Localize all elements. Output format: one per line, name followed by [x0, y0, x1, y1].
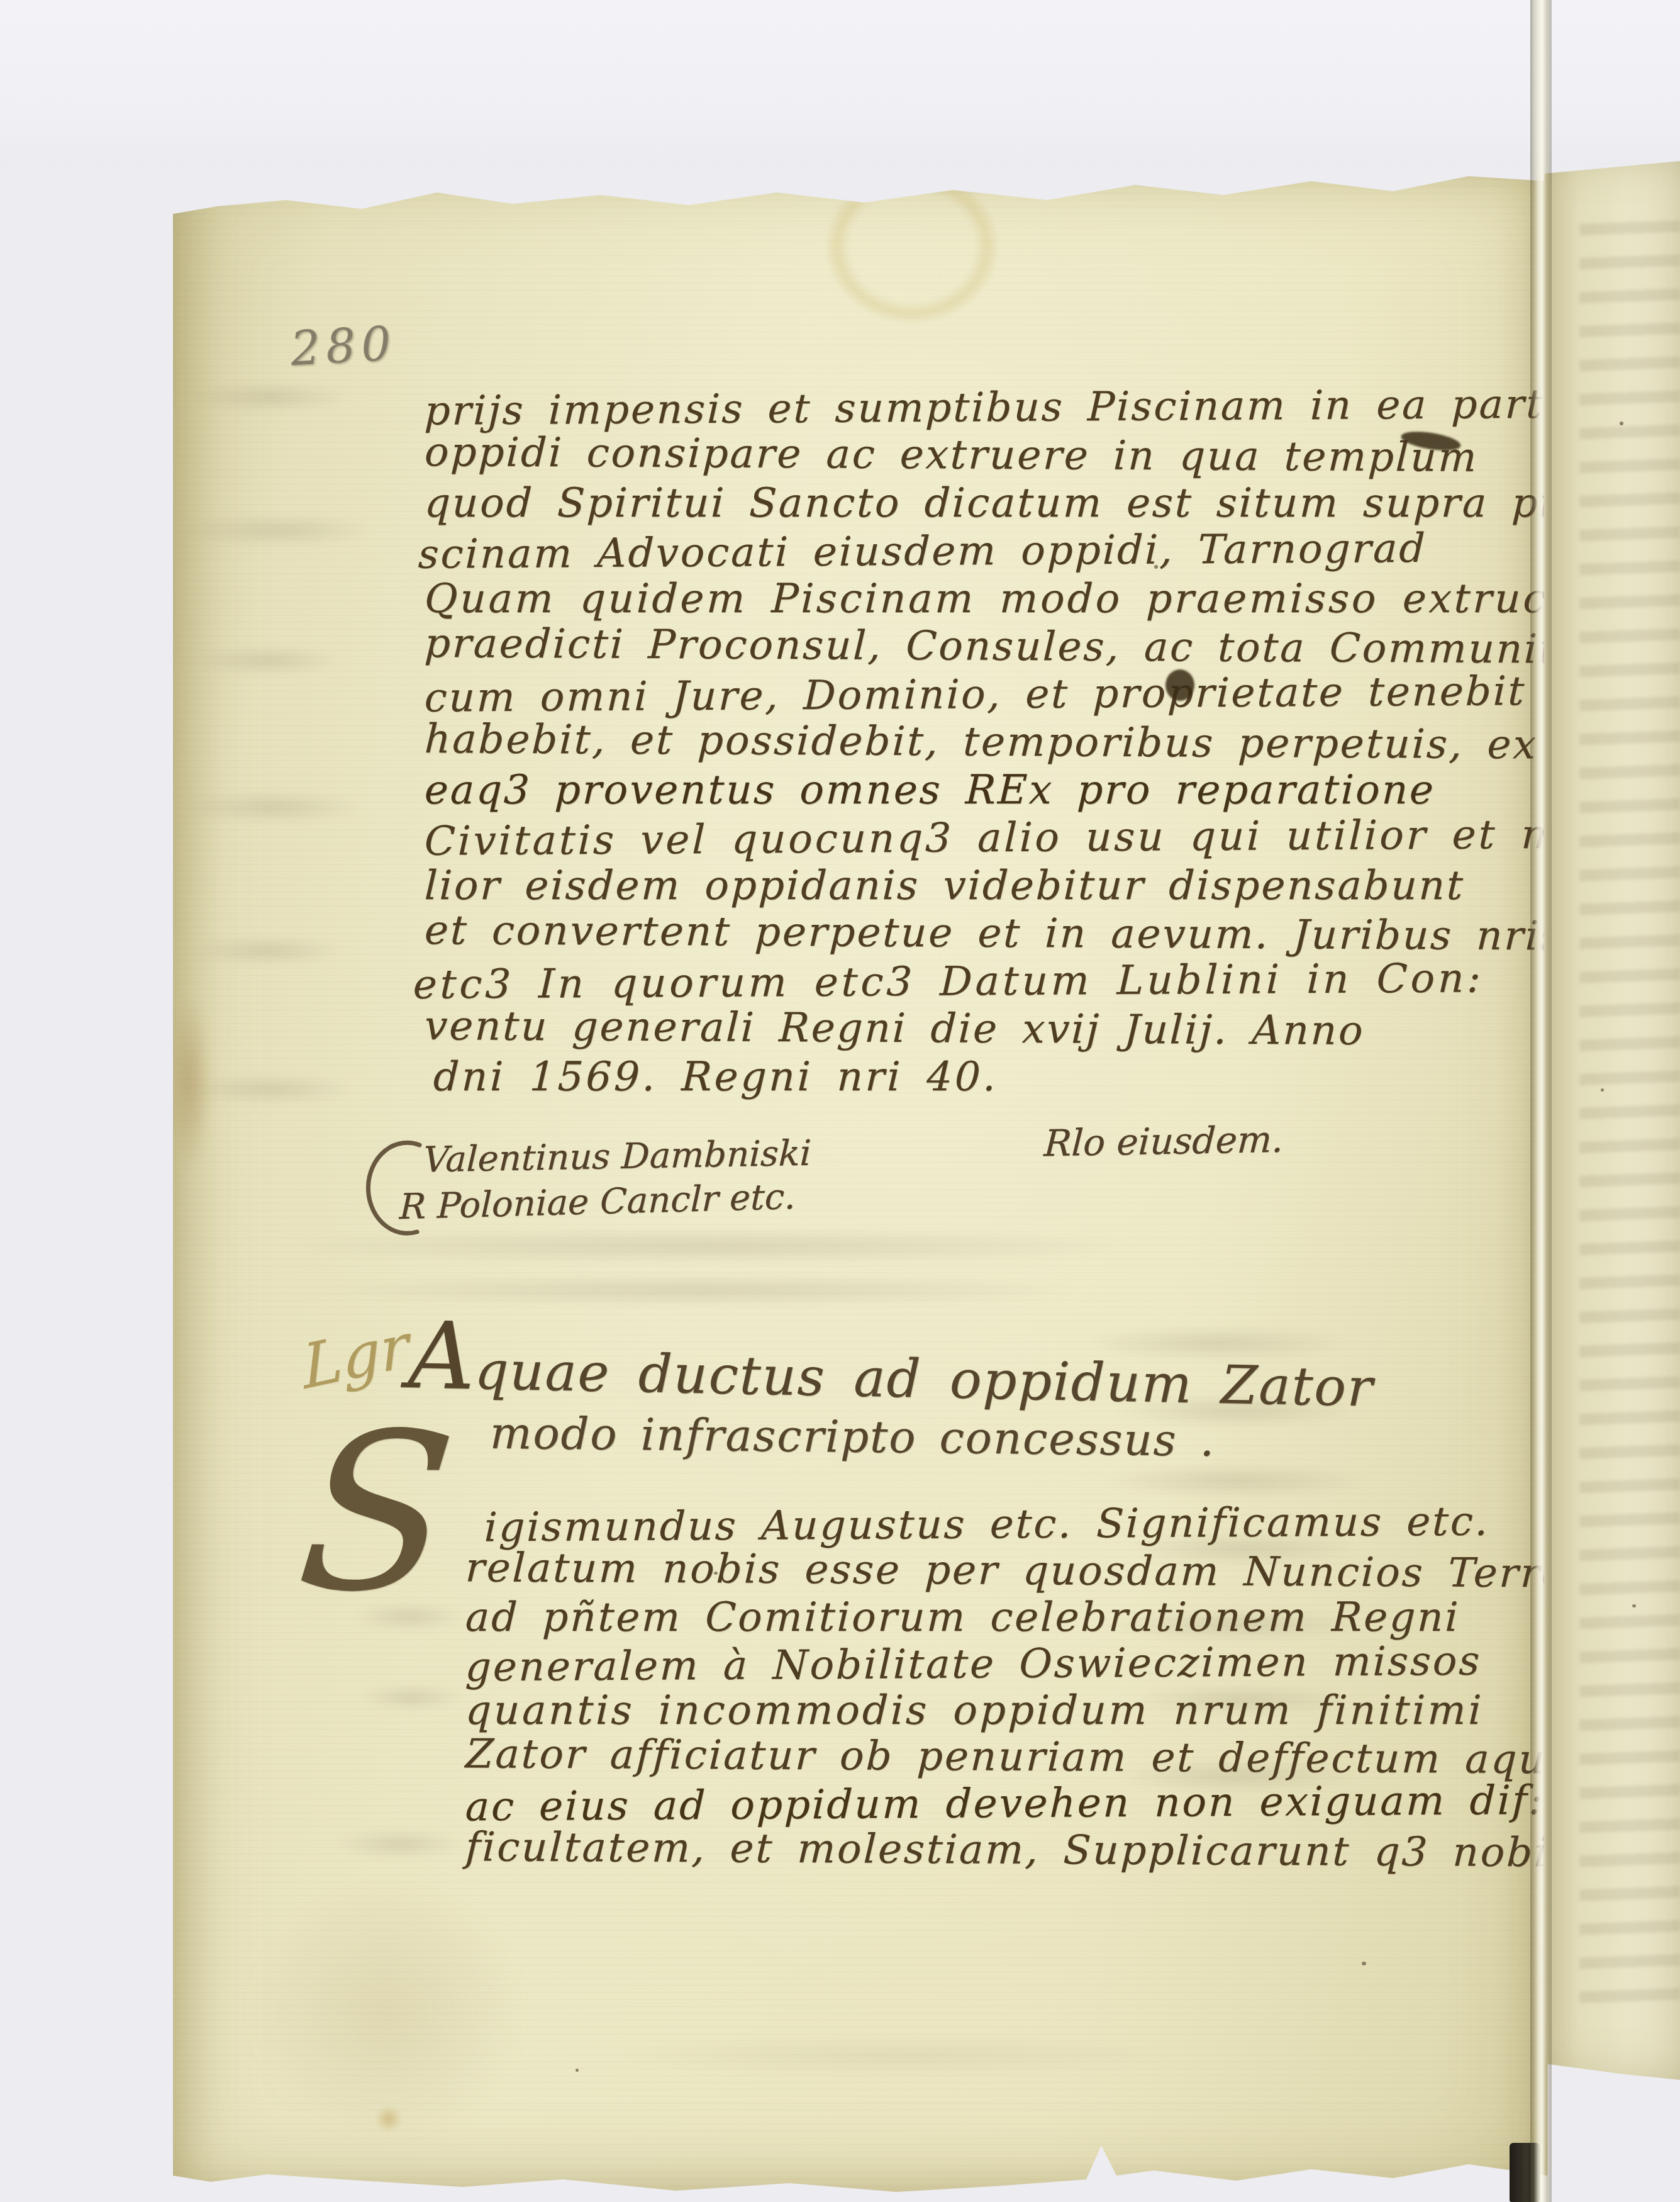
bleed-through-smudge: [362, 1685, 462, 1710]
text-line: lior eisdem oppidanis videbitur dispensa…: [424, 862, 1606, 910]
bleed-through-smudge: [192, 383, 349, 411]
paper-stain: [374, 2106, 403, 2132]
paper-stain: [168, 993, 212, 1169]
text-line: ac eius ad oppidum devehen non exiguam d…: [465, 1777, 1599, 1831]
text-line: cum omni Jure, Dominio, et proprietate t…: [424, 667, 1606, 722]
signature-name: Valentinus Dambniski: [423, 1133, 812, 1181]
text-line: prijs impensis et sumptibus Piscinam in …: [424, 380, 1606, 435]
text-line: ventu generali Regni die xvij Julij. Ann…: [424, 1002, 1606, 1056]
bleed-through-smudge: [324, 1275, 1079, 1306]
text-line: Zator afficiatur ob penuriam et deffectu…: [465, 1731, 1599, 1783]
ink-speck: [1632, 1604, 1636, 1607]
manuscript-page: 280 prijs impensis et sumptibus: [173, 162, 1547, 2201]
bleed-through-smudge: [192, 936, 343, 965]
text-line: igismundus Augustus etc. Significamus et…: [484, 1498, 1599, 1551]
ink-blot: [1165, 669, 1194, 701]
countersignature: Rlo eiusdem.: [1043, 1118, 1284, 1165]
entry2-paragraph: igismundus Augustus etc. Significamus et…: [465, 1501, 1598, 1874]
bleed-through-smudge: [184, 515, 373, 546]
document-heading: Aquae ductus ad oppidum Zator modo infra…: [407, 1309, 1373, 1468]
text-line: ficultatem, et molestiam, Supplicarunt q…: [465, 1824, 1599, 1876]
entry1-paragraph: prijs impensis et sumptibus Piscinam in …: [425, 384, 1605, 1101]
page-number: 280: [289, 317, 398, 377]
text-line: eaq3 proventus omnes REx pro reparatione: [424, 766, 1606, 814]
paper-stain: [242, 1880, 531, 2144]
text-line: relatum nobis esse per quosdam Nuncios T…: [465, 1545, 1599, 1597]
protective-sheet-top: [0, 0, 1680, 165]
text-line: praedicti Proconsul, Consules, ac tota C…: [424, 620, 1606, 674]
bleed-through-smudge: [337, 1830, 462, 1858]
ink-speck: [1601, 1088, 1604, 1092]
drop-cap-initial: S: [291, 1405, 462, 1622]
text-line: Civitatis vel quocunq3 alio usu qui util…: [424, 810, 1606, 865]
text-line: quantis incommodis oppidum nrum finitimi: [465, 1687, 1599, 1734]
bleed-through-smudge: [189, 1075, 352, 1104]
ink-speck: [576, 2069, 579, 2072]
text-line: generalem à Nobilitate Oswieczimen misso…: [465, 1638, 1599, 1691]
text-line: ad pñtem Comitiorum celebrationem Regni: [465, 1594, 1599, 1641]
page-holder-strip: [1530, 0, 1552, 2202]
text-line: etc3 In quorum etc3 Datum Lublini in Con…: [413, 954, 1606, 1009]
text-line: dni 1569. Regni nri 40.: [433, 1053, 1606, 1101]
bleed-through-smudge: [186, 791, 362, 823]
bleed-through-smudge: [613, 2037, 1179, 2075]
bleed-through-smudge: [195, 647, 340, 674]
text-line: quod Spiritui Sancto dicatum est situm s…: [424, 479, 1606, 527]
signature-title: R Poloniae Canclr etc.: [399, 1176, 796, 1228]
next-page-edge: [1544, 157, 1680, 2084]
paper-stain: [827, 171, 997, 322]
next-page-ghost-text: [1579, 201, 1680, 2013]
text-line: et convertent perpetue et in aevum. Juri…: [424, 907, 1606, 961]
text-line: scinam Advocati eiusdem oppidi, Tarnogra…: [418, 523, 1606, 579]
text-line: Quam quidem Piscinam modo praemisso extr…: [424, 575, 1606, 623]
heading-line-2: modo infrascripto concessus .: [490, 1403, 1374, 1473]
ink-speck: [1362, 1962, 1366, 1965]
ink-speck: [1620, 422, 1623, 425]
scan-background: 280 prijs impensis et sumptibus: [0, 0, 1680, 2202]
text-line: habebit, et possidebit, temporibus perpe…: [424, 715, 1606, 769]
